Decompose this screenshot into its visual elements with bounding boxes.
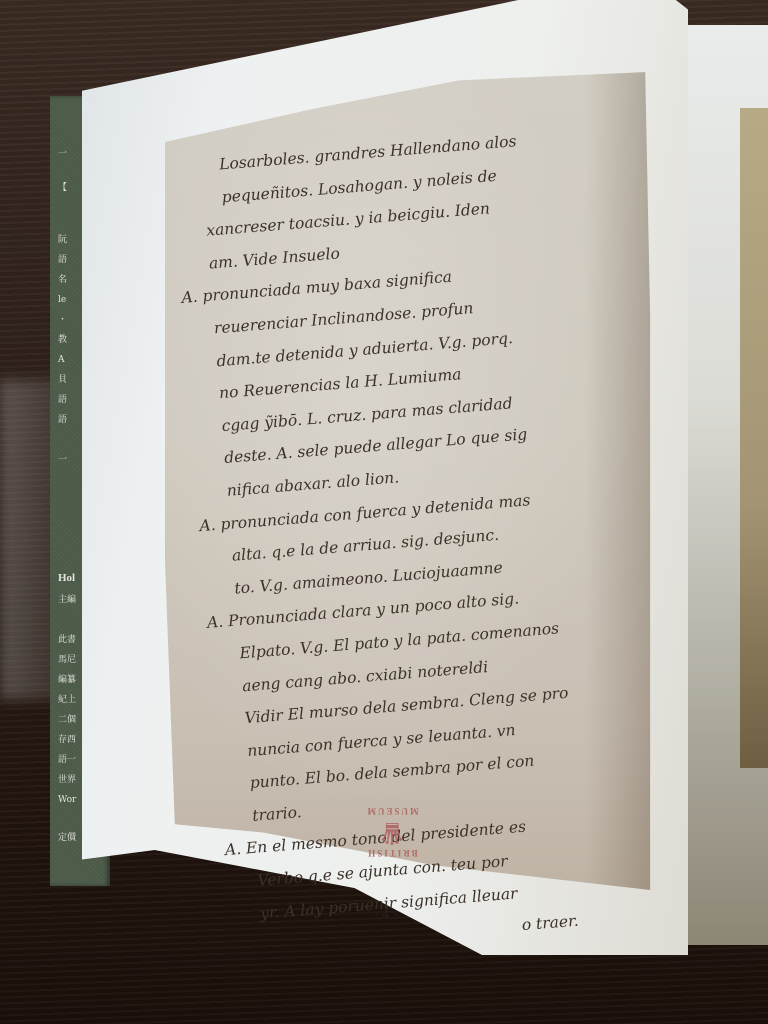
cover-bracket: 【	[58, 178, 67, 198]
cover-char: 語	[58, 250, 67, 270]
cover-blurb: Wor	[58, 790, 76, 810]
right-page-manuscript-edge	[740, 108, 768, 768]
cover-blurb: 紀上	[58, 690, 76, 710]
cover-blurb: 編纂	[58, 670, 76, 690]
cover-title: Hol	[58, 568, 75, 589]
cover-char: 貝	[58, 370, 67, 390]
cover-spine-mark: 一	[58, 144, 67, 164]
page-number: - 4 -	[374, 907, 398, 921]
cover-blurb: 世界	[58, 770, 76, 790]
manuscript-text: Losarboles. grandres Hallendano alos peq…	[200, 114, 723, 962]
stamp-bottom-text: MUSEUM	[352, 806, 432, 816]
cover-char: A	[58, 350, 65, 370]
cover-blurb: 存西	[58, 730, 76, 750]
cover-char: 阮	[58, 230, 67, 250]
cover-char: 語	[58, 410, 67, 430]
cover-blurb: 馬尼	[58, 650, 76, 670]
crown-icon: ♛	[352, 816, 432, 848]
cover-char: 語	[58, 390, 67, 410]
cover-blurb: 二個	[58, 710, 76, 730]
cover-char: 教	[58, 330, 67, 350]
cover-editor: 主編	[58, 590, 76, 610]
cover-char: le	[58, 290, 66, 310]
cover-char: ・	[58, 310, 67, 330]
cover-blurb: 語一	[58, 750, 76, 770]
british-museum-stamp: BRITISH ♛ MUSEUM	[352, 786, 432, 858]
cover-char: 名	[58, 270, 67, 290]
cover-blurb: 此書	[58, 630, 76, 650]
cover-spine-mark: 一	[58, 450, 67, 470]
cover-price: 定價	[58, 828, 76, 848]
